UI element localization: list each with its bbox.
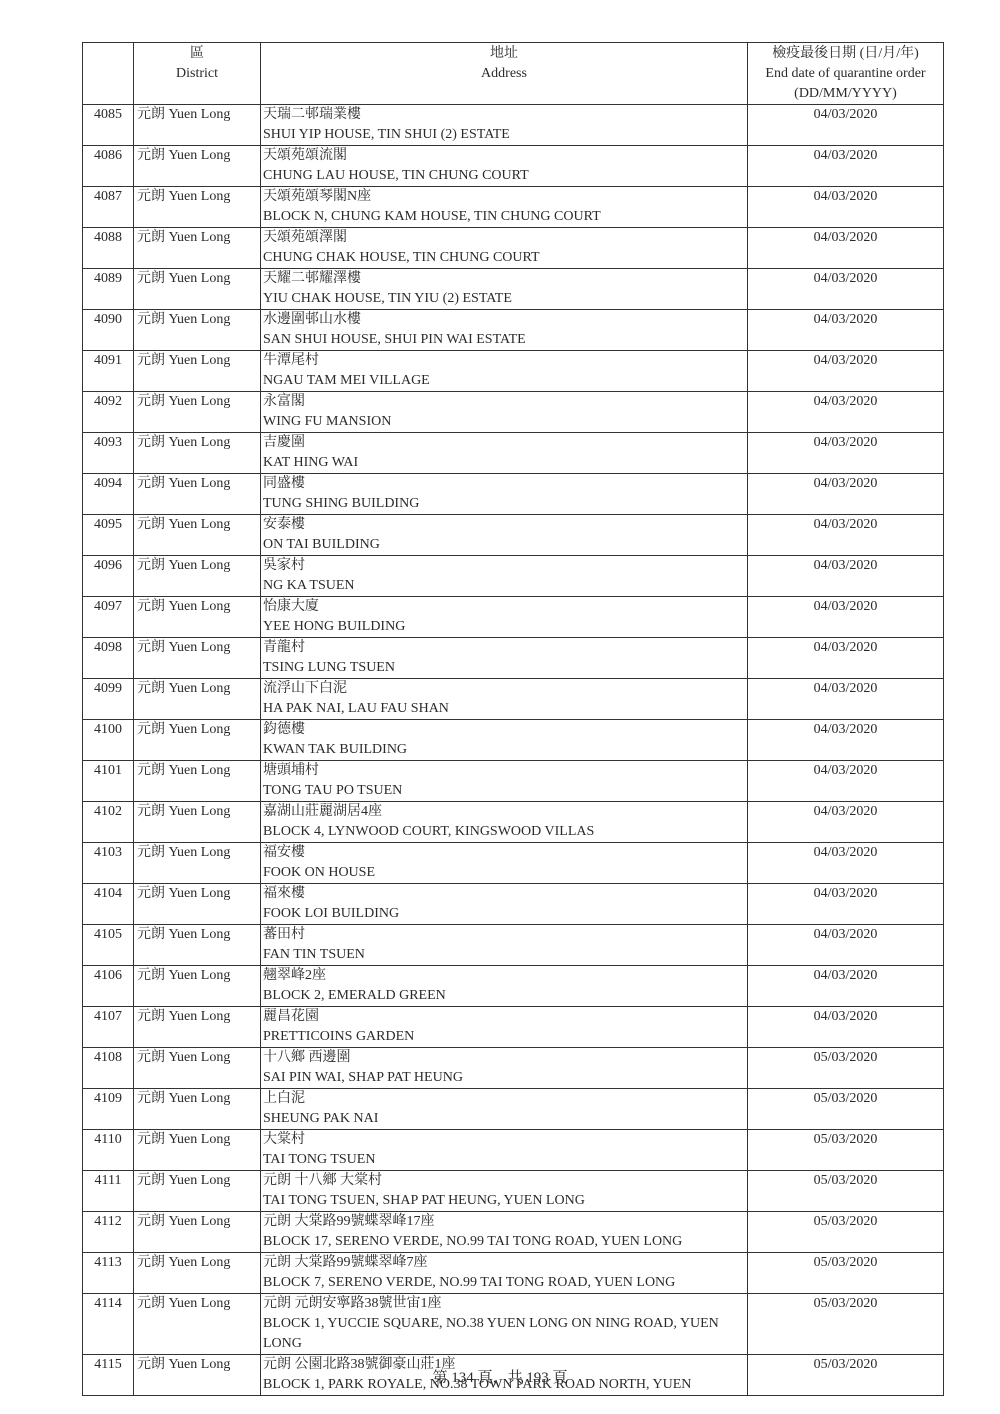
- address-chinese: 怡康大廈: [263, 597, 744, 617]
- row-number: 4111: [83, 1171, 134, 1212]
- row-district: 元朗 Yuen Long: [134, 351, 261, 392]
- row-number: 4090: [83, 310, 134, 351]
- row-number: 4110: [83, 1130, 134, 1171]
- row-number: 4098: [83, 638, 134, 679]
- row-address: 麗昌花園PRETTICOINS GARDEN: [261, 1007, 748, 1048]
- row-district: 元朗 Yuen Long: [134, 310, 261, 351]
- quarantine-address-table: 區 District 地址 Address 檢疫最後日期 (日/月/年) End…: [82, 42, 944, 1396]
- table-row: 4090元朗 Yuen Long水邊圍邨山水樓SAN SHUI HOUSE, S…: [83, 310, 944, 351]
- address-chinese: 天耀二邨耀澤樓: [263, 269, 744, 289]
- address-english: BLOCK N, CHUNG KAM HOUSE, TIN CHUNG COUR…: [263, 207, 744, 227]
- row-end-date: 04/03/2020: [748, 515, 944, 556]
- row-address: 天頌苑頌流閣CHUNG LAU HOUSE, TIN CHUNG COURT: [261, 146, 748, 187]
- row-end-date: 05/03/2020: [748, 1130, 944, 1171]
- address-english: TONG TAU PO TSUEN: [263, 781, 744, 801]
- row-district: 元朗 Yuen Long: [134, 884, 261, 925]
- row-address: 塘頭埔村TONG TAU PO TSUEN: [261, 761, 748, 802]
- table-row: 4101元朗 Yuen Long塘頭埔村TONG TAU PO TSUEN04/…: [83, 761, 944, 802]
- row-end-date: 04/03/2020: [748, 269, 944, 310]
- address-chinese: 永富閣: [263, 392, 744, 412]
- row-district: 元朗 Yuen Long: [134, 638, 261, 679]
- address-english: FOOK LOI BUILDING: [263, 904, 744, 924]
- table-row: 4097元朗 Yuen Long怡康大廈YEE HONG BUILDING04/…: [83, 597, 944, 638]
- row-end-date: 04/03/2020: [748, 228, 944, 269]
- table-row: 4104元朗 Yuen Long福來樓FOOK LOI BUILDING04/0…: [83, 884, 944, 925]
- table-row: 4106元朗 Yuen Long翹翠峰2座BLOCK 2, EMERALD GR…: [83, 966, 944, 1007]
- table-row: 4095元朗 Yuen Long安泰樓ON TAI BUILDING04/03/…: [83, 515, 944, 556]
- page-number-footer: 第 134 頁，共 193 頁: [0, 1366, 1000, 1387]
- address-chinese: 元朗 十八鄉 大棠村: [263, 1171, 744, 1191]
- address-english: FAN TIN TSUEN: [263, 945, 744, 965]
- row-address: 吳家村NG KA TSUEN: [261, 556, 748, 597]
- address-chinese: 麗昌花園: [263, 1007, 744, 1027]
- row-number: 4089: [83, 269, 134, 310]
- address-chinese: 元朗 大棠路99號蝶翠峰7座: [263, 1253, 744, 1273]
- header-address-en: Address: [264, 64, 744, 84]
- header-address: 地址 Address: [261, 43, 748, 105]
- row-district: 元朗 Yuen Long: [134, 433, 261, 474]
- row-number: 4102: [83, 802, 134, 843]
- row-end-date: 04/03/2020: [748, 187, 944, 228]
- row-number: 4086: [83, 146, 134, 187]
- row-end-date: 04/03/2020: [748, 556, 944, 597]
- address-english: NG KA TSUEN: [263, 576, 744, 596]
- address-chinese: 大棠村: [263, 1130, 744, 1150]
- row-address: 元朗 大棠路99號蝶翠峰7座BLOCK 7, SERENO VERDE, NO.…: [261, 1253, 748, 1294]
- row-end-date: 04/03/2020: [748, 884, 944, 925]
- row-end-date: 04/03/2020: [748, 351, 944, 392]
- row-end-date: 04/03/2020: [748, 761, 944, 802]
- row-end-date: 04/03/2020: [748, 105, 944, 146]
- row-address: 流浮山下白泥HA PAK NAI, LAU FAU SHAN: [261, 679, 748, 720]
- row-address: 青龍村TSING LUNG TSUEN: [261, 638, 748, 679]
- row-district: 元朗 Yuen Long: [134, 515, 261, 556]
- address-english: SAN SHUI HOUSE, SHUI PIN WAI ESTATE: [263, 330, 744, 350]
- row-number: 4107: [83, 1007, 134, 1048]
- address-chinese: 翹翠峰2座: [263, 966, 744, 986]
- address-english: BLOCK 1, YUCCIE SQUARE, NO.38 YUEN LONG …: [263, 1314, 744, 1354]
- row-district: 元朗 Yuen Long: [134, 1048, 261, 1089]
- row-address: 天瑞二邨瑞業樓SHUI YIP HOUSE, TIN SHUI (2) ESTA…: [261, 105, 748, 146]
- row-district: 元朗 Yuen Long: [134, 925, 261, 966]
- address-english: KWAN TAK BUILDING: [263, 740, 744, 760]
- address-english: TAI TONG TSUEN: [263, 1150, 744, 1170]
- table-row: 4114元朗 Yuen Long元朗 元朗安寧路38號世宙1座BLOCK 1, …: [83, 1294, 944, 1355]
- table-row: 4088元朗 Yuen Long天頌苑頌澤閣CHUNG CHAK HOUSE, …: [83, 228, 944, 269]
- row-district: 元朗 Yuen Long: [134, 761, 261, 802]
- row-district: 元朗 Yuen Long: [134, 679, 261, 720]
- row-number: 4113: [83, 1253, 134, 1294]
- row-address: 元朗 元朗安寧路38號世宙1座BLOCK 1, YUCCIE SQUARE, N…: [261, 1294, 748, 1355]
- address-chinese: 青龍村: [263, 638, 744, 658]
- row-district: 元朗 Yuen Long: [134, 1253, 261, 1294]
- row-address: 同盛樓TUNG SHING BUILDING: [261, 474, 748, 515]
- row-end-date: 05/03/2020: [748, 1089, 944, 1130]
- row-end-date: 04/03/2020: [748, 597, 944, 638]
- row-district: 元朗 Yuen Long: [134, 1007, 261, 1048]
- row-end-date: 05/03/2020: [748, 1171, 944, 1212]
- row-district: 元朗 Yuen Long: [134, 802, 261, 843]
- address-english: TAI TONG TSUEN, SHAP PAT HEUNG, YUEN LON…: [263, 1191, 744, 1211]
- address-chinese: 安泰樓: [263, 515, 744, 535]
- address-chinese: 元朗 元朗安寧路38號世宙1座: [263, 1294, 744, 1314]
- row-number: 4095: [83, 515, 134, 556]
- table-header-row: 區 District 地址 Address 檢疫最後日期 (日/月/年) End…: [83, 43, 944, 105]
- row-district: 元朗 Yuen Long: [134, 146, 261, 187]
- quarantine-address-table-container: 區 District 地址 Address 檢疫最後日期 (日/月/年) End…: [82, 42, 943, 1396]
- address-english: BLOCK 7, SERENO VERDE, NO.99 TAI TONG RO…: [263, 1273, 744, 1293]
- row-address: 鈞德樓KWAN TAK BUILDING: [261, 720, 748, 761]
- address-english: SHUI YIP HOUSE, TIN SHUI (2) ESTATE: [263, 125, 744, 145]
- row-number: 4114: [83, 1294, 134, 1355]
- header-district-en: District: [137, 64, 257, 84]
- table-row: 4113元朗 Yuen Long元朗 大棠路99號蝶翠峰7座BLOCK 7, S…: [83, 1253, 944, 1294]
- header-address-zh: 地址: [264, 44, 744, 64]
- row-district: 元朗 Yuen Long: [134, 966, 261, 1007]
- table-row: 4094元朗 Yuen Long同盛樓TUNG SHING BUILDING04…: [83, 474, 944, 515]
- address-english: SAI PIN WAI, SHAP PAT HEUNG: [263, 1068, 744, 1088]
- row-address: 水邊圍邨山水樓SAN SHUI HOUSE, SHUI PIN WAI ESTA…: [261, 310, 748, 351]
- table-row: 4087元朗 Yuen Long天頌苑頌琴閣N座BLOCK N, CHUNG K…: [83, 187, 944, 228]
- row-number: 4091: [83, 351, 134, 392]
- table-row: 4086元朗 Yuen Long天頌苑頌流閣CHUNG LAU HOUSE, T…: [83, 146, 944, 187]
- row-end-date: 04/03/2020: [748, 146, 944, 187]
- table-row: 4112元朗 Yuen Long元朗 大棠路99號蝶翠峰17座BLOCK 17,…: [83, 1212, 944, 1253]
- row-end-date: 04/03/2020: [748, 843, 944, 884]
- table-row: 4100元朗 Yuen Long鈞德樓KWAN TAK BUILDING04/0…: [83, 720, 944, 761]
- address-chinese: 吳家村: [263, 556, 744, 576]
- row-number: 4106: [83, 966, 134, 1007]
- address-chinese: 上白泥: [263, 1089, 744, 1109]
- address-english: ON TAI BUILDING: [263, 535, 744, 555]
- row-end-date: 04/03/2020: [748, 310, 944, 351]
- header-end-date: 檢疫最後日期 (日/月/年) End date of quarantine or…: [748, 43, 944, 105]
- row-end-date: 05/03/2020: [748, 1212, 944, 1253]
- row-district: 元朗 Yuen Long: [134, 228, 261, 269]
- table-row: 4085元朗 Yuen Long天瑞二邨瑞業樓SHUI YIP HOUSE, T…: [83, 105, 944, 146]
- header-date-zh: 檢疫最後日期 (日/月/年): [751, 44, 940, 64]
- address-chinese: 天頌苑頌琴閣N座: [263, 187, 744, 207]
- row-address: 翹翠峰2座BLOCK 2, EMERALD GREEN: [261, 966, 748, 1007]
- row-district: 元朗 Yuen Long: [134, 474, 261, 515]
- address-english: SHEUNG PAK NAI: [263, 1109, 744, 1129]
- address-chinese: 天瑞二邨瑞業樓: [263, 105, 744, 125]
- address-english: KAT HING WAI: [263, 453, 744, 473]
- address-chinese: 流浮山下白泥: [263, 679, 744, 699]
- row-number: 4097: [83, 597, 134, 638]
- table-row: 4089元朗 Yuen Long天耀二邨耀澤樓YIU CHAK HOUSE, T…: [83, 269, 944, 310]
- row-address: 十八鄉 西邊圍SAI PIN WAI, SHAP PAT HEUNG: [261, 1048, 748, 1089]
- row-number: 4085: [83, 105, 134, 146]
- address-english: CHUNG CHAK HOUSE, TIN CHUNG COURT: [263, 248, 744, 268]
- row-address: 大棠村TAI TONG TSUEN: [261, 1130, 748, 1171]
- row-district: 元朗 Yuen Long: [134, 1294, 261, 1355]
- row-number: 4101: [83, 761, 134, 802]
- row-number: 4099: [83, 679, 134, 720]
- row-address: 元朗 大棠路99號蝶翠峰17座BLOCK 17, SERENO VERDE, N…: [261, 1212, 748, 1253]
- row-number: 4096: [83, 556, 134, 597]
- row-number: 4087: [83, 187, 134, 228]
- address-english: BLOCK 2, EMERALD GREEN: [263, 986, 744, 1006]
- table-row: 4102元朗 Yuen Long嘉湖山莊麗湖居4座BLOCK 4, LYNWOO…: [83, 802, 944, 843]
- row-end-date: 04/03/2020: [748, 1007, 944, 1048]
- row-end-date: 04/03/2020: [748, 720, 944, 761]
- address-chinese: 十八鄉 西邊圍: [263, 1048, 744, 1068]
- address-chinese: 塘頭埔村: [263, 761, 744, 781]
- table-row: 4103元朗 Yuen Long福安樓FOOK ON HOUSE04/03/20…: [83, 843, 944, 884]
- row-address: 福來樓FOOK LOI BUILDING: [261, 884, 748, 925]
- row-number: 4109: [83, 1089, 134, 1130]
- row-district: 元朗 Yuen Long: [134, 1089, 261, 1130]
- table-row: 4092元朗 Yuen Long永富閣WING FU MANSION04/03/…: [83, 392, 944, 433]
- row-address: 福安樓FOOK ON HOUSE: [261, 843, 748, 884]
- table-row: 4099元朗 Yuen Long流浮山下白泥HA PAK NAI, LAU FA…: [83, 679, 944, 720]
- row-district: 元朗 Yuen Long: [134, 1130, 261, 1171]
- address-english: YEE HONG BUILDING: [263, 617, 744, 637]
- row-number: 4103: [83, 843, 134, 884]
- address-chinese: 同盛樓: [263, 474, 744, 494]
- row-number: 4104: [83, 884, 134, 925]
- address-chinese: 福安樓: [263, 843, 744, 863]
- row-end-date: 04/03/2020: [748, 925, 944, 966]
- row-number: 4094: [83, 474, 134, 515]
- row-end-date: 05/03/2020: [748, 1294, 944, 1355]
- row-district: 元朗 Yuen Long: [134, 1171, 261, 1212]
- address-chinese: 鈞德樓: [263, 720, 744, 740]
- table-row: 4111元朗 Yuen Long元朗 十八鄉 大棠村TAI TONG TSUEN…: [83, 1171, 944, 1212]
- row-end-date: 05/03/2020: [748, 1253, 944, 1294]
- address-english: BLOCK 4, LYNWOOD COURT, KINGSWOOD VILLAS: [263, 822, 744, 842]
- table-row: 4098元朗 Yuen Long青龍村TSING LUNG TSUEN04/03…: [83, 638, 944, 679]
- table-row: 4096元朗 Yuen Long吳家村NG KA TSUEN04/03/2020: [83, 556, 944, 597]
- address-chinese: 嘉湖山莊麗湖居4座: [263, 802, 744, 822]
- row-address: 元朗 十八鄉 大棠村TAI TONG TSUEN, SHAP PAT HEUNG…: [261, 1171, 748, 1212]
- row-address: 上白泥SHEUNG PAK NAI: [261, 1089, 748, 1130]
- header-date-en: End date of quarantine order: [751, 64, 940, 84]
- address-chinese: 蕃田村: [263, 925, 744, 945]
- row-end-date: 04/03/2020: [748, 802, 944, 843]
- address-chinese: 天頌苑頌澤閣: [263, 228, 744, 248]
- table-row: 4110元朗 Yuen Long大棠村TAI TONG TSUEN05/03/2…: [83, 1130, 944, 1171]
- address-english: WING FU MANSION: [263, 412, 744, 432]
- row-address: 天頌苑頌澤閣CHUNG CHAK HOUSE, TIN CHUNG COURT: [261, 228, 748, 269]
- address-chinese: 吉慶圍: [263, 433, 744, 453]
- table-row: 4093元朗 Yuen Long吉慶圍KAT HING WAI04/03/202…: [83, 433, 944, 474]
- row-end-date: 04/03/2020: [748, 638, 944, 679]
- table-body: 4085元朗 Yuen Long天瑞二邨瑞業樓SHUI YIP HOUSE, T…: [83, 105, 944, 1396]
- row-district: 元朗 Yuen Long: [134, 843, 261, 884]
- row-address: 永富閣WING FU MANSION: [261, 392, 748, 433]
- address-english: TUNG SHING BUILDING: [263, 494, 744, 514]
- header-district-zh: 區: [137, 44, 257, 64]
- row-district: 元朗 Yuen Long: [134, 187, 261, 228]
- address-english: YIU CHAK HOUSE, TIN YIU (2) ESTATE: [263, 289, 744, 309]
- address-chinese: 元朗 大棠路99號蝶翠峰17座: [263, 1212, 744, 1232]
- row-district: 元朗 Yuen Long: [134, 1212, 261, 1253]
- row-number: 4092: [83, 392, 134, 433]
- row-address: 怡康大廈YEE HONG BUILDING: [261, 597, 748, 638]
- table-row: 4091元朗 Yuen Long牛潭尾村NGAU TAM MEI VILLAGE…: [83, 351, 944, 392]
- table-row: 4109元朗 Yuen Long上白泥SHEUNG PAK NAI05/03/2…: [83, 1089, 944, 1130]
- address-english: NGAU TAM MEI VILLAGE: [263, 371, 744, 391]
- row-district: 元朗 Yuen Long: [134, 269, 261, 310]
- table-row: 4105元朗 Yuen Long蕃田村FAN TIN TSUEN04/03/20…: [83, 925, 944, 966]
- row-number: 4112: [83, 1212, 134, 1253]
- row-address: 天耀二邨耀澤樓YIU CHAK HOUSE, TIN YIU (2) ESTAT…: [261, 269, 748, 310]
- row-number: 4093: [83, 433, 134, 474]
- row-end-date: 04/03/2020: [748, 966, 944, 1007]
- row-end-date: 05/03/2020: [748, 1048, 944, 1089]
- address-english: FOOK ON HOUSE: [263, 863, 744, 883]
- address-english: CHUNG LAU HOUSE, TIN CHUNG COURT: [263, 166, 744, 186]
- address-chinese: 牛潭尾村: [263, 351, 744, 371]
- row-district: 元朗 Yuen Long: [134, 392, 261, 433]
- row-district: 元朗 Yuen Long: [134, 597, 261, 638]
- row-district: 元朗 Yuen Long: [134, 556, 261, 597]
- row-end-date: 04/03/2020: [748, 433, 944, 474]
- address-english: PRETTICOINS GARDEN: [263, 1027, 744, 1047]
- row-district: 元朗 Yuen Long: [134, 105, 261, 146]
- row-number: 4100: [83, 720, 134, 761]
- row-address: 蕃田村FAN TIN TSUEN: [261, 925, 748, 966]
- row-district: 元朗 Yuen Long: [134, 720, 261, 761]
- row-address: 天頌苑頌琴閣N座BLOCK N, CHUNG KAM HOUSE, TIN CH…: [261, 187, 748, 228]
- row-end-date: 04/03/2020: [748, 392, 944, 433]
- row-address: 牛潭尾村NGAU TAM MEI VILLAGE: [261, 351, 748, 392]
- address-english: BLOCK 17, SERENO VERDE, NO.99 TAI TONG R…: [263, 1232, 744, 1252]
- row-end-date: 04/03/2020: [748, 679, 944, 720]
- address-chinese: 天頌苑頌流閣: [263, 146, 744, 166]
- address-chinese: 福來樓: [263, 884, 744, 904]
- row-number: 4088: [83, 228, 134, 269]
- row-end-date: 04/03/2020: [748, 474, 944, 515]
- row-number: 4108: [83, 1048, 134, 1089]
- row-address: 嘉湖山莊麗湖居4座BLOCK 4, LYNWOOD COURT, KINGSWO…: [261, 802, 748, 843]
- table-row: 4107元朗 Yuen Long麗昌花園PRETTICOINS GARDEN04…: [83, 1007, 944, 1048]
- header-number: [83, 43, 134, 105]
- address-english: TSING LUNG TSUEN: [263, 658, 744, 678]
- header-date-format: (DD/MM/YYYY): [751, 84, 940, 104]
- row-address: 安泰樓ON TAI BUILDING: [261, 515, 748, 556]
- row-address: 吉慶圍KAT HING WAI: [261, 433, 748, 474]
- address-chinese: 水邊圍邨山水樓: [263, 310, 744, 330]
- row-number: 4105: [83, 925, 134, 966]
- header-district: 區 District: [134, 43, 261, 105]
- table-row: 4108元朗 Yuen Long十八鄉 西邊圍SAI PIN WAI, SHAP…: [83, 1048, 944, 1089]
- address-english: HA PAK NAI, LAU FAU SHAN: [263, 699, 744, 719]
